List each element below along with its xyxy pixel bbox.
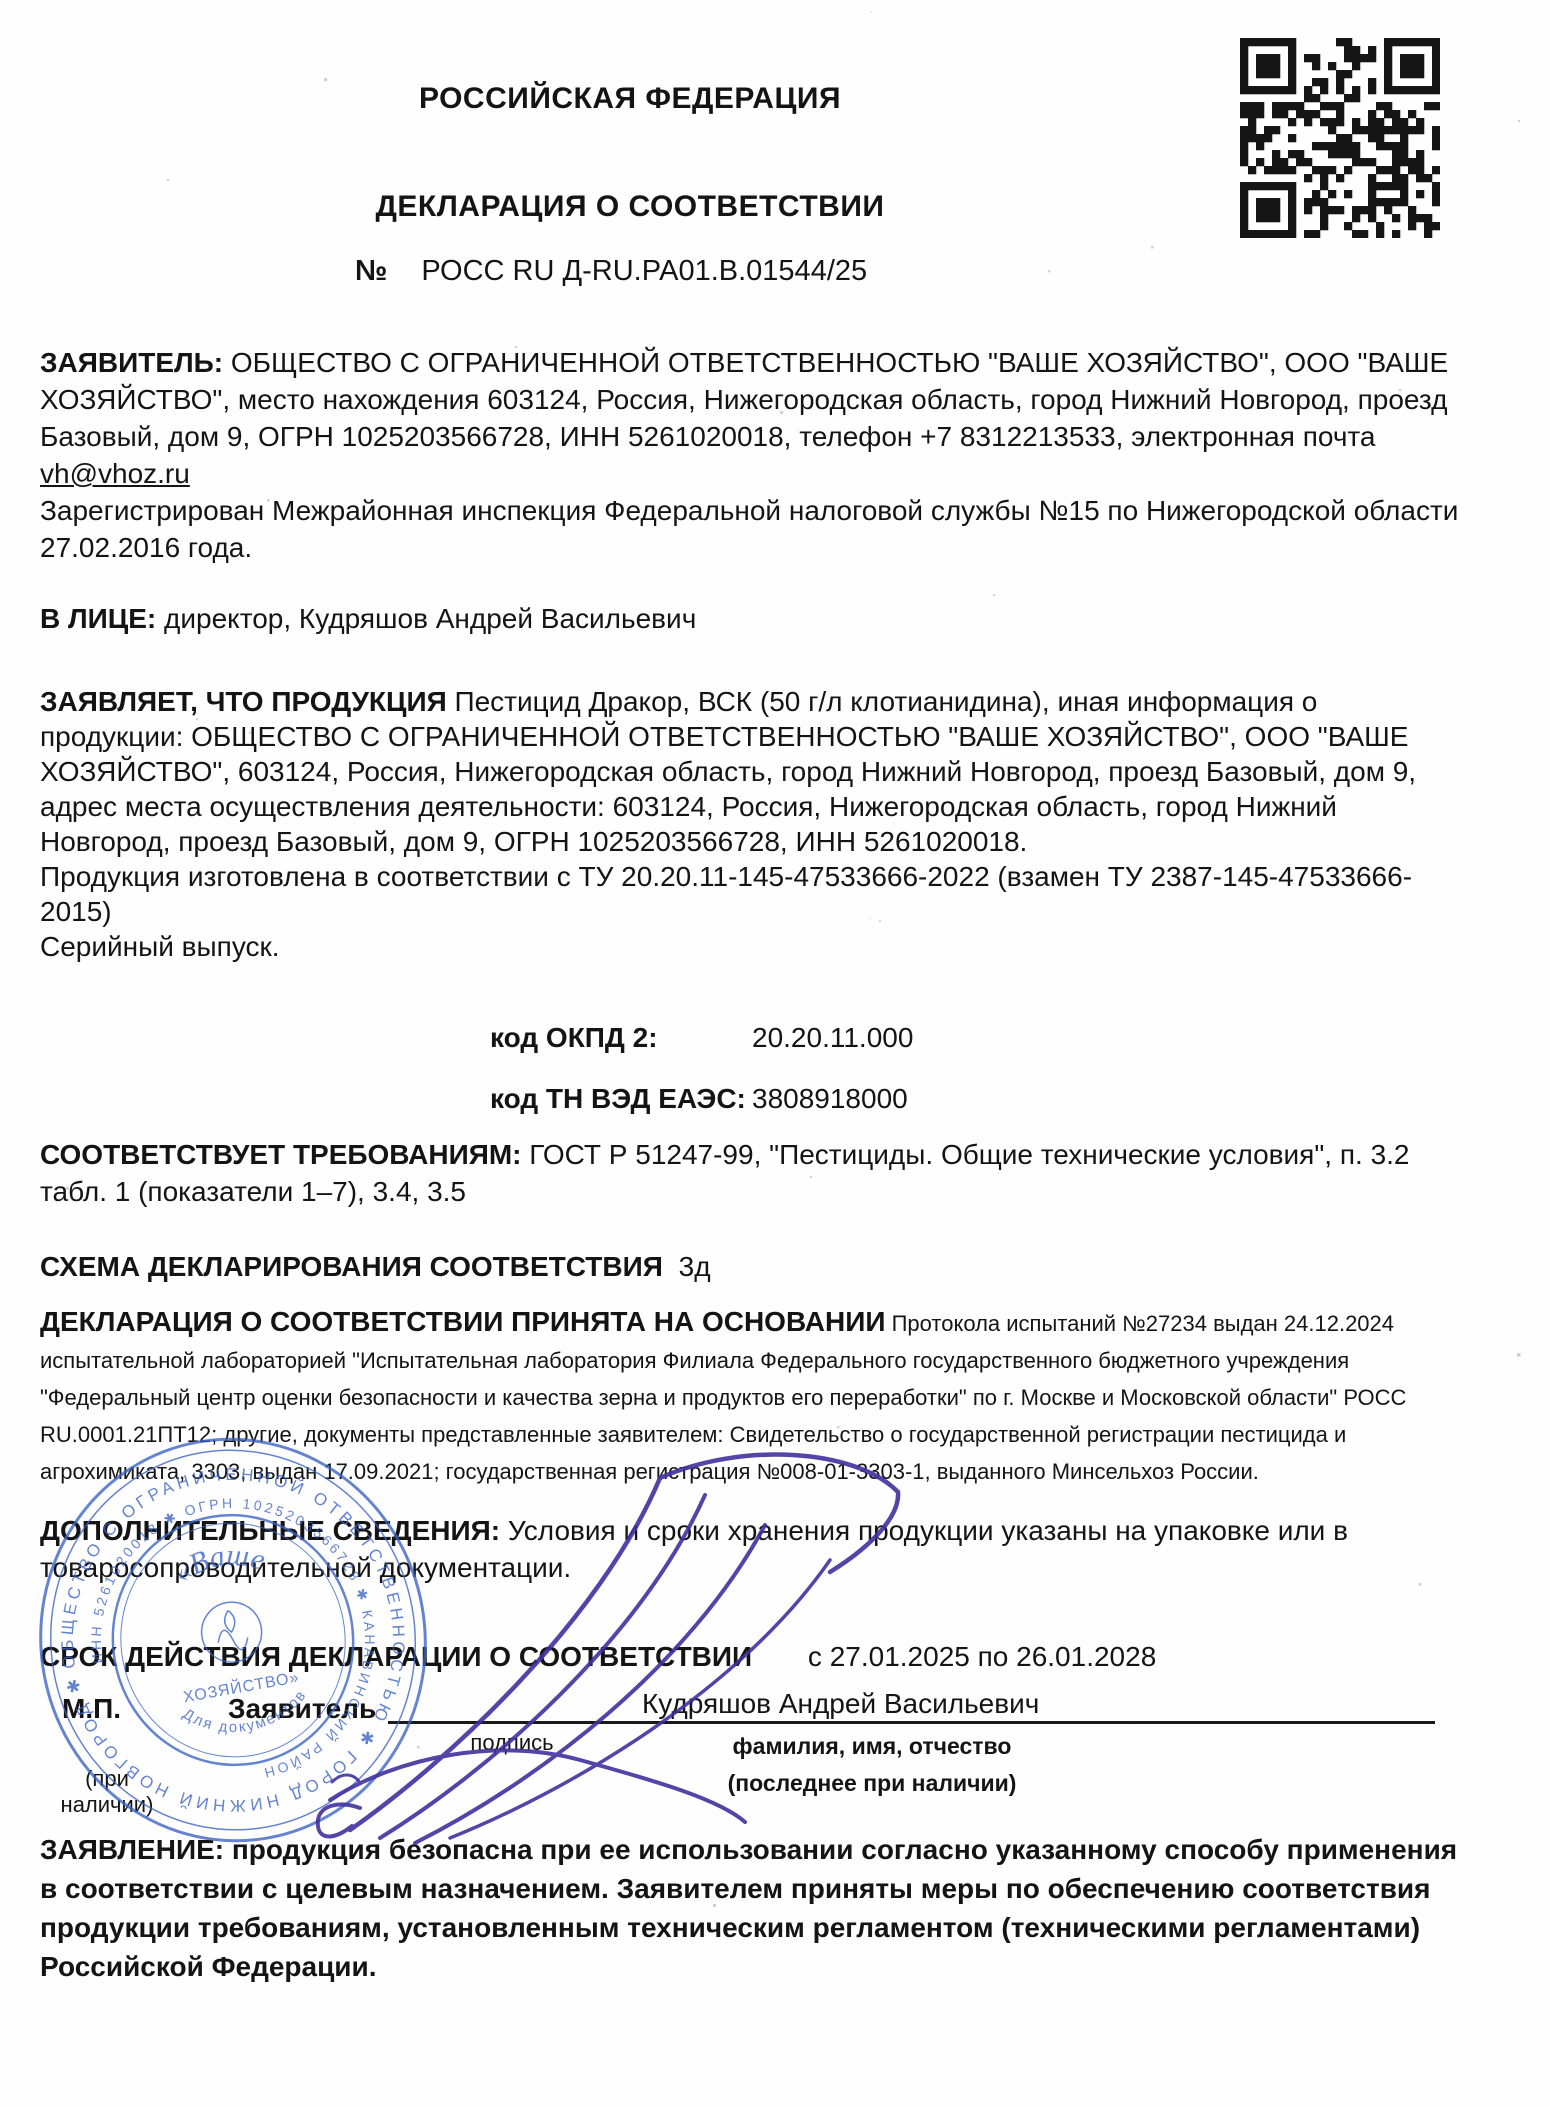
applicant-registered-text: Зарегистрирован Межрайонная инспекция Фе… (40, 495, 1458, 563)
scheme-line: СХЕМА ДЕКЛАРИРОВАНИЯ СООТВЕТСТВИЯ 3д (40, 1248, 1462, 1285)
person-label: В ЛИЦЕ: (40, 603, 156, 634)
signature-line (388, 1721, 636, 1724)
okpd-code-label: код ОКПД 2: (490, 1022, 658, 1054)
applicant-label: ЗАЯВИТЕЛЬ: (40, 347, 223, 378)
conformity-paragraph: СООТВЕТСТВУЕТ ТРЕБОВАНИЯМ: ГОСТ Р 51247-… (40, 1136, 1462, 1210)
okpd-code-value: 20.20.11.000 (752, 1022, 913, 1054)
doc-title-heading: ДЕКЛАРАЦИЯ О СООТВЕТСТВИИ (0, 190, 1260, 224)
product-label: ЗАЯВЛЯЕТ, ЧТО ПРОДУКЦИЯ (40, 686, 447, 717)
signer-name: Кудряшов Андрей Васильевич (642, 1688, 1039, 1720)
statement-label: ЗАЯВЛЕНИЕ: (40, 1834, 224, 1865)
applicant-email-link[interactable]: vh@vhoz.ru (40, 458, 190, 489)
stamp-place-label: М.П. (62, 1693, 121, 1725)
validity-line: СРОК ДЕЙСТВИЯ ДЕКЛАРАЦИИ О СООТВЕТСТВИИ … (40, 1638, 1462, 1675)
applicant-paragraph: ЗАЯВИТЕЛЬ: ОБЩЕСТВО С ОГРАНИЧЕННОЙ ОТВЕТ… (40, 344, 1462, 566)
doc-number-value: РОСС RU Д-RU.РА01.В.01544/25 (421, 255, 867, 287)
signature-caption: подпись (388, 1730, 636, 1756)
declaration-document-page: РОССИЙСКАЯ ФЕДЕРАЦИЯ ДЕКЛАРАЦИЯ О СООТВЕ… (0, 0, 1550, 2107)
statement-paragraph: ЗАЯВЛЕНИЕ: продукция безопасна при ее ис… (40, 1830, 1462, 1986)
product-serial-text: Серийный выпуск. (40, 931, 280, 962)
signer-name-caption-2: (последнее при наличии) (612, 1770, 1132, 1797)
conformity-label: СООТВЕТСТВУЕТ ТРЕБОВАНИЯМ: (40, 1139, 521, 1170)
validity-label: СРОК ДЕЙСТВИЯ ДЕКЛАРАЦИИ О СООТВЕТСТВИИ (40, 1641, 752, 1672)
applicant-text: ОБЩЕСТВО С ОГРАНИЧЕННОЙ ОТВЕТСТВЕННОСТЬЮ… (40, 347, 1448, 452)
basis-paragraph: ДЕКЛАРАЦИЯ О СООТВЕТСТВИИ ПРИНЯТА НА ОСН… (40, 1303, 1462, 1490)
validity-value: с 27.01.2025 по 26.01.2028 (808, 1641, 1156, 1672)
doc-number-line: №РОСС RU Д-RU.РА01.В.01544/25 (355, 255, 1550, 288)
scheme-value: 3д (679, 1251, 711, 1282)
person-line: В ЛИЦЕ: директор, Кудряшов Андрей Василь… (40, 600, 1462, 637)
product-tu-text: Продукция изготовлена в соответствии с Т… (40, 861, 1412, 927)
stamp-place-note: (при наличии) (42, 1766, 172, 1818)
additional-paragraph: ДОПОЛНИТЕЛЬНЫЕ СВЕДЕНИЯ: Условия и сроки… (40, 1512, 1462, 1586)
doc-number-label: № (355, 255, 387, 287)
tnved-code-value: 3808918000 (752, 1083, 908, 1115)
tnved-code-label: код ТН ВЭД ЕАЭС: (490, 1083, 746, 1115)
statement-text: продукция безопасна при ее использовании… (40, 1834, 1457, 1982)
basis-label: ДЕКЛАРАЦИЯ О СООТВЕТСТВИИ ПРИНЯТА НА ОСН… (40, 1306, 885, 1337)
signer-name-caption-1: фамилия, имя, отчество (612, 1733, 1132, 1760)
doc-country-heading: РОССИЙСКАЯ ФЕДЕРАЦИЯ (0, 82, 1260, 116)
qr-code-icon (1240, 38, 1440, 238)
person-text: директор, Кудряшов Андрей Васильевич (164, 603, 696, 634)
product-paragraph: ЗАЯВЛЯЕТ, ЧТО ПРОДУКЦИЯ Пестицид Дракор,… (40, 684, 1462, 964)
applicant-role-label: Заявитель (228, 1693, 376, 1725)
signer-name-line (612, 1721, 1435, 1724)
scheme-label: СХЕМА ДЕКЛАРИРОВАНИЯ СООТВЕТСТВИЯ (40, 1251, 663, 1282)
additional-label: ДОПОЛНИТЕЛЬНЫЕ СВЕДЕНИЯ: (40, 1515, 500, 1546)
